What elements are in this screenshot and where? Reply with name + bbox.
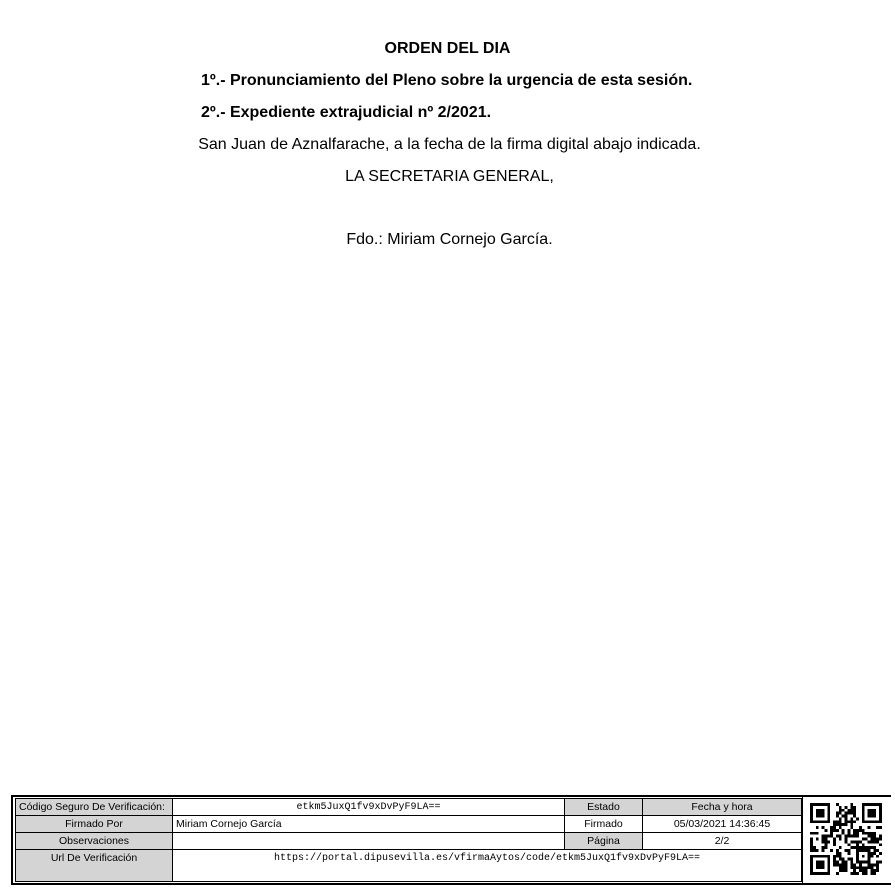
- code-label: Código Seguro De Verificación:: [16, 799, 173, 816]
- table-row: Código Seguro De Verificación: etkm5JuxQ…: [16, 799, 802, 816]
- fecha-value: 05/03/2021 14:36:45: [643, 816, 802, 833]
- observaciones-label: Observaciones: [16, 833, 173, 850]
- agenda-item-1: 1º.- Pronunciamiento del Pleno sobre la …: [201, 72, 692, 90]
- url-value[interactable]: https://portal.dipusevilla.es/vfirmaAyto…: [173, 850, 802, 882]
- signature-line: Fdo.: Miriam Cornejo García.: [2, 231, 895, 249]
- firmado-por-value: Miriam Cornejo García: [173, 816, 565, 833]
- firmado-por-label: Firmado Por: [16, 816, 173, 833]
- estado-value: Firmado: [565, 816, 643, 833]
- code-value: etkm5JuxQ1fv9xDvPyF9LA==: [173, 799, 565, 816]
- signer-role: LA SECRETARIA GENERAL,: [2, 168, 895, 186]
- pagina-value: 2/2: [643, 833, 802, 850]
- table-row: Observaciones Página 2/2: [16, 833, 802, 850]
- pagina-label: Página: [565, 833, 643, 850]
- verification-table: Código Seguro De Verificación: etkm5JuxQ…: [15, 798, 802, 882]
- table-row: Firmado Por Miriam Cornejo García Firmad…: [16, 816, 802, 833]
- observaciones-value: [173, 833, 565, 850]
- agenda-heading: ORDEN DEL DIA: [0, 40, 895, 58]
- url-label: Url De Verificación: [16, 850, 173, 882]
- table-row: Url De Verificación https://portal.dipus…: [16, 850, 802, 882]
- estado-label: Estado: [565, 799, 643, 816]
- place-date-line: San Juan de Aznalfarache, a la fecha de …: [2, 136, 895, 154]
- qr-separator: [802, 797, 803, 883]
- agenda-item-2: 2º.- Expediente extrajudicial nº 2/2021.: [201, 104, 491, 122]
- fecha-label: Fecha y hora: [643, 799, 802, 816]
- qr-code-icon: [810, 803, 882, 875]
